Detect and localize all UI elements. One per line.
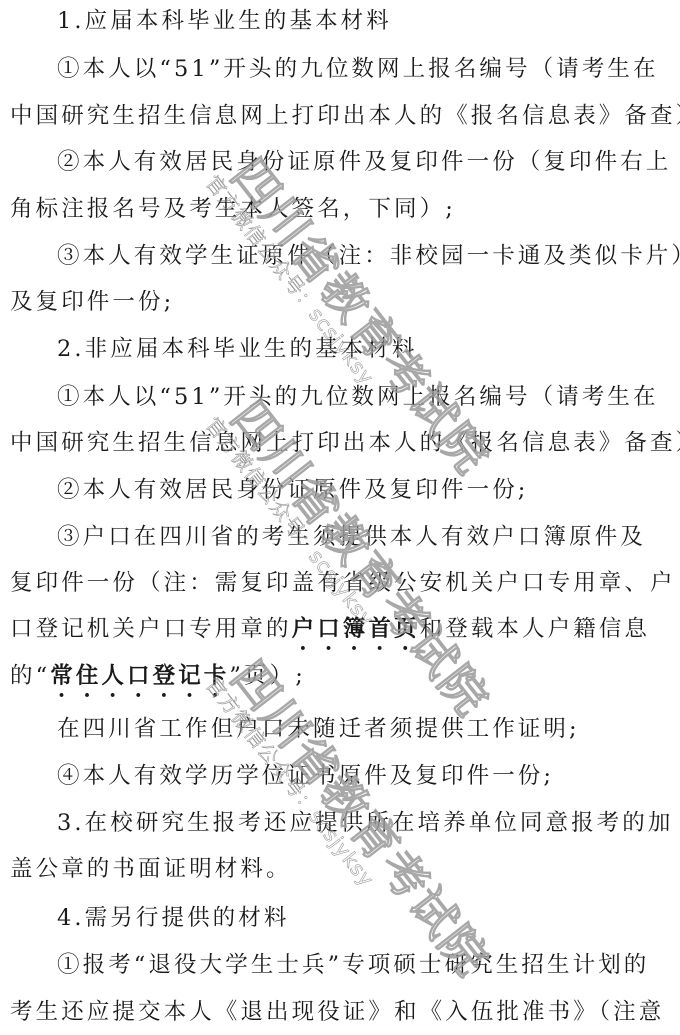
paragraph-line: 中国研究生招生信息网上打印出本人的《报名信息表》备查）; [10, 428, 675, 458]
section-heading-3: 3.在校研究生报考还应提供所在培养单位同意报考的加 [57, 808, 677, 838]
section-heading-4: 4.需另行提供的材料 [57, 903, 677, 933]
emphasized-text: 常住人口登记卡 [50, 663, 229, 689]
paragraph-line: ④本人有效学历学位证书原件及复印件一份; [57, 761, 677, 791]
paragraph-line: 在四川省工作但户口未随迁者须提供工作证明; [57, 714, 677, 744]
section-heading-1: 1.应届本科毕业生的基本材料 [57, 6, 677, 36]
paragraph-line: 中国研究生招生信息网上打印出本人的《报名信息表》备查）; [10, 101, 675, 131]
paragraph-line: ③本人有效学生证原件（注：非校园一卡通及类似卡片） [57, 241, 677, 271]
paragraph-line: ①报考“退役大学生士兵”专项硕士研究生招生计划的 [57, 950, 677, 980]
text-run: 口登记机关户口专用章的 [10, 616, 292, 642]
paragraph-line: 盖公章的书面证明材料。 [10, 854, 675, 884]
paragraph-line: 及复印件一份; [10, 287, 675, 317]
text-run: 和登载本人户籍信息 [420, 616, 650, 642]
paragraph-line: ②本人有效居民身份证原件及复印件一份; [57, 475, 677, 505]
paragraph-line: ③户口在四川省的考生须提供本人有效户口簿原件及 [57, 522, 677, 552]
paragraph-line: ①本人以“51”开头的九位数网上报名编号（请考生在 [57, 54, 677, 84]
paragraph-line-emphasis: 的“常住人口登记卡”页）; [10, 661, 675, 702]
text-run: 的“ [10, 663, 50, 689]
paragraph-line-emphasis: 口登记机关户口专用章的户口簿首页和登载本人户籍信息 [10, 614, 675, 655]
section-heading-2: 2.非应届本科毕业生的基本材料 [57, 334, 677, 364]
paragraph-line: ①本人以“51”开头的九位数网上报名编号（请考生在 [57, 382, 677, 412]
text-run: ”页）; [229, 663, 305, 689]
document-page: 1.应届本科毕业生的基本材料 ①本人以“51”开头的九位数网上报名编号（请考生在… [0, 0, 680, 1035]
paragraph-line: 复印件一份（注：需复印盖有省级公安机关户口专用章、户 [10, 568, 675, 598]
paragraph-line: 考生还应提交本人《退出现役证》和《入伍批准书》（注意 [10, 997, 675, 1027]
paragraph-line: ②本人有效居民身份证原件及复印件一份（复印件右上 [57, 147, 677, 177]
emphasized-text: 户口簿首页 [292, 616, 420, 642]
paragraph-line: 角标注报名号及考生本人签名，下同）; [10, 194, 675, 224]
